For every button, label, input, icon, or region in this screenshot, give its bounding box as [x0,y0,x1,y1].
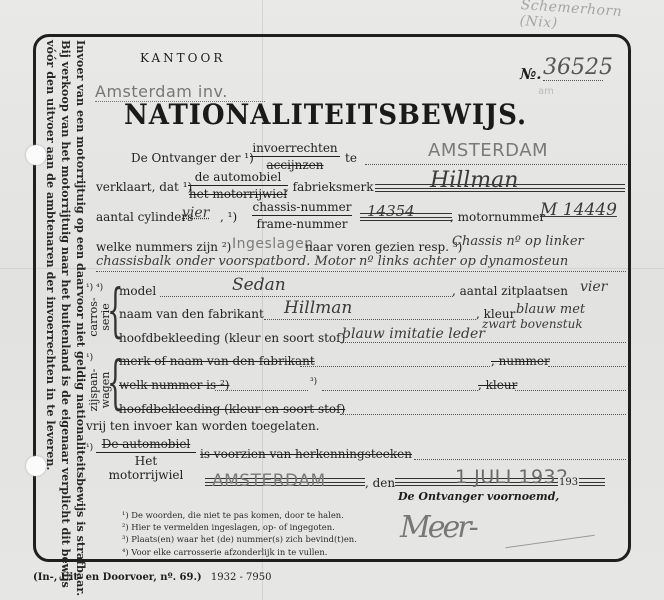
number-location-line2: chassisbalk onder voorspatbord. Motor nº… [96,254,568,269]
bekleding-value: blauw imitatie leder [342,326,485,342]
nummers-label: welke nummers zijn ²) [96,240,231,254]
kleur-label: , kleur [478,378,517,392]
vehicle-type-fraction: de automobiel het motorrijwiel [188,170,288,201]
dotted-line [96,271,626,272]
verklaart-label: verklaart, dat ¹) [96,180,192,194]
chassis-number: 14354 [367,202,415,220]
dotted-line [264,319,476,320]
model-label: model [119,284,156,298]
footnote-3: ³) Plaats(en) waar het (de) nummer(s) zi… [122,533,357,545]
fabrikant-label: naam van den fabrikant [119,307,264,321]
cylinders-value: vier [182,205,209,221]
dotted-line [548,366,626,367]
footnote-4: ⁴) Voor elke carrosserie afzonderlijk in… [122,546,357,558]
model-value: Sedan [232,275,286,295]
motor-number: M 14449 [540,200,617,220]
merk-label: merk of naam van den fabrikant [119,354,315,368]
kantoor-label: KANTOOR [140,51,225,65]
motornummer-label: , motornummer [450,210,545,224]
frac-top: invoerrechten [250,141,340,157]
kleur-value: blauw met [516,302,585,317]
footnote-1: ¹) De woorden, die niet te pas komen, do… [122,509,357,521]
form-reference: (In-, Uit- en Doorvoer, nº. 69.) [33,572,202,583]
ingeslagen-stamp: Ingeslagen [232,236,314,252]
zitplaatsen-label: , aantal zitplaatsen [452,284,568,298]
vrij-line: vrij ten invoer kan worden toegelaten. [86,419,320,433]
number-label: №. [520,65,542,83]
punch-hole [26,145,46,165]
te-label: te [345,151,357,165]
footnotes: ¹) De woorden, die niet te pas komen, do… [122,509,357,558]
year-prefix: 193 [558,477,579,488]
document-number: 36525 [543,56,603,81]
ontvanger-label: De Ontvanger der ¹) [131,151,254,165]
fabrieksmerk-label: , fabrieksmerk [285,180,374,194]
fabrieksmerk-value: Hillman [430,168,518,193]
dotted-line [340,342,626,343]
side-notice-line: Invoer van een motorrijtuig op een daarv… [73,40,88,550]
frac-bottom: het motorrijwiel [188,186,288,201]
date-stamp: 1 JULI 1932 [455,466,569,488]
frac-top: de automobiel [188,170,288,186]
fabrikant-value: Hillman [284,298,352,318]
dotted-line [515,390,626,391]
form-footer: (In-, Uit- en Doorvoer, nº. 69.) 1932 - … [33,572,272,583]
punch-hole [26,456,46,476]
side-notice: Invoer van een motorrijtuig op een daarv… [38,40,90,550]
nummers-middle: naar voren gezien resp. ³) [305,240,462,254]
dotted-line [160,296,453,297]
footnote-ref: ¹) [86,443,93,453]
dotted-line [340,414,626,415]
side-notice-line: Bij verkoop van het motorrijtuig naar he… [58,40,73,550]
footnote-ref: ³) [310,377,317,387]
dotted-line [300,366,490,367]
cylinders-label: aantal cylinders [96,210,193,224]
bekleding-label: hoofdbekleeding (kleur en soort stof) [119,402,345,416]
herkenning-label: is voorzien van herkenningsteeken [200,447,412,461]
place-stamp: AMSTERDAM [428,140,548,161]
kleur-value-2: zwart bovenstuk [482,317,583,331]
side-notice-line: vóór den uitvoer aan de ambtenaren der i… [43,40,58,550]
frac-bottom: Het motorrijwiel [96,453,196,482]
number-type-fraction: chassis-nummer frame-nummer [252,200,352,231]
frac-top: chassis-nummer [252,200,352,216]
place-stamp: AMSTERDAM [212,471,326,491]
welk-nummer-label: welk nummer is ²) [119,378,229,392]
duty-type-fraction: invoerrechten accijnzen [250,141,340,172]
number-location-line1: Chassis nº op linker [452,234,584,249]
page-title: NATIONALITEITSBEWIJS. [124,98,527,131]
footnote-ref: , ¹) [220,210,237,224]
form-code: 1932 - 7950 [211,572,272,583]
dotted-line [365,164,627,165]
frac-top: De automobiel [96,437,196,453]
signer-label: De Ontvanger voornoemd, [398,490,559,503]
footnote-2: ²) Hier te vermelden ingeslagen, op- of … [122,521,357,533]
bekleding-label: hoofdbekleeding (kleur en soort stof) [119,331,345,345]
dotted-line [414,459,626,460]
frac-bottom: frame-nummer [252,216,352,231]
signature: Meer- [400,510,476,545]
zitplaatsen-value: vier [580,279,607,295]
den-label: , den [365,476,395,490]
nummer-label: , nummer [491,354,550,368]
dotted-line [215,390,308,391]
number-stamp: am [538,86,554,97]
dotted-line [322,390,478,391]
vehicle-type-fraction: De automobiel Het motorrijwiel [96,437,196,482]
